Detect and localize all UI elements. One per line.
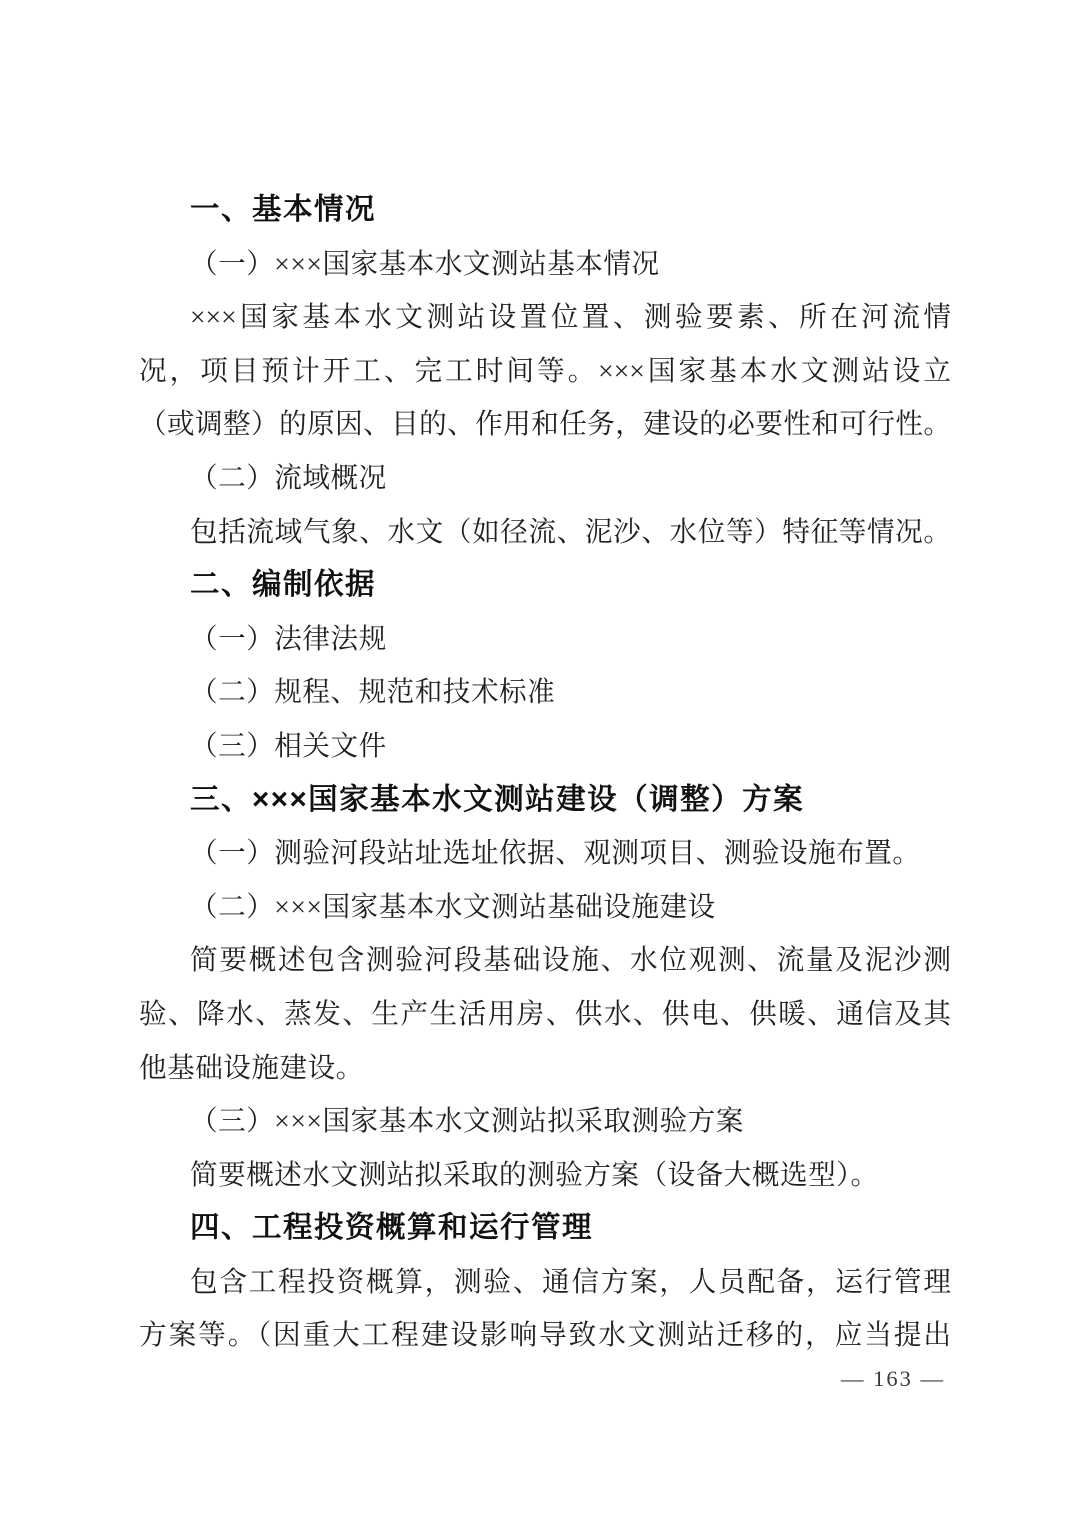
subsection-title: （三）相关文件 [139,719,951,773]
paragraph-line: 简要概述水文测站拟采取的测验方案（设备大概选型）。 [139,1148,951,1202]
subsection-title: （一）法律法规 [139,612,951,666]
subsection-title: （三）×××国家基本水文测站拟采取测验方案 [139,1094,951,1148]
subsection-title: （一）×××国家基本水文测站基本情况 [139,237,951,291]
subsection-title: （二）规程、规范和技术标准 [139,665,951,719]
page-number: — 163 — [841,1364,945,1394]
subsection-title: （二）流域概况 [139,451,951,505]
paragraph-line: 他基础设施建设。 [139,1041,951,1095]
paragraph-line: 简要概述包含测验河段基础设施、水位观测、流量及泥沙测 [139,933,951,987]
paragraph-line: 包含工程投资概算，测验、通信方案，人员配备，运行管理 [139,1255,951,1309]
subsection-title: （一）测验河段站址选址依据、观测项目、测验设施布置。 [139,826,951,880]
document-body: 一、基本情况 （一）×××国家基本水文测站基本情况 ×××国家基本水文测站设置位… [139,183,951,1362]
paragraph-line: ×××国家基本水文测站设置位置、测验要素、所在河流情 [139,290,951,344]
subsection-title: （二）×××国家基本水文测站基础设施建设 [139,880,951,934]
paragraph-line: 包括流域气象、水文（如径流、泥沙、水位等）特征等情况。 [139,505,951,559]
section-heading-2: 二、编制依据 [139,558,951,612]
section-heading-4: 四、工程投资概算和运行管理 [139,1201,951,1255]
section-heading-3: 三、×××国家基本水文测站建设（调整）方案 [139,773,951,827]
paragraph-line: 方案等。（因重大工程建设影响导致水文测站迁移的，应当提出 [139,1308,951,1362]
paragraph-line: （或调整）的原因、目的、作用和任务，建设的必要性和可行性。 [139,397,951,451]
paragraph-line: 况，项目预计开工、完工时间等。×××国家基本水文测站设立 [139,344,951,398]
section-heading-1: 一、基本情况 [139,183,951,237]
document-page: 一、基本情况 （一）×××国家基本水文测站基本情况 ×××国家基本水文测站设置位… [0,0,1075,1519]
paragraph-line: 验、降水、蒸发、生产生活用房、供水、供电、供暖、通信及其 [139,987,951,1041]
